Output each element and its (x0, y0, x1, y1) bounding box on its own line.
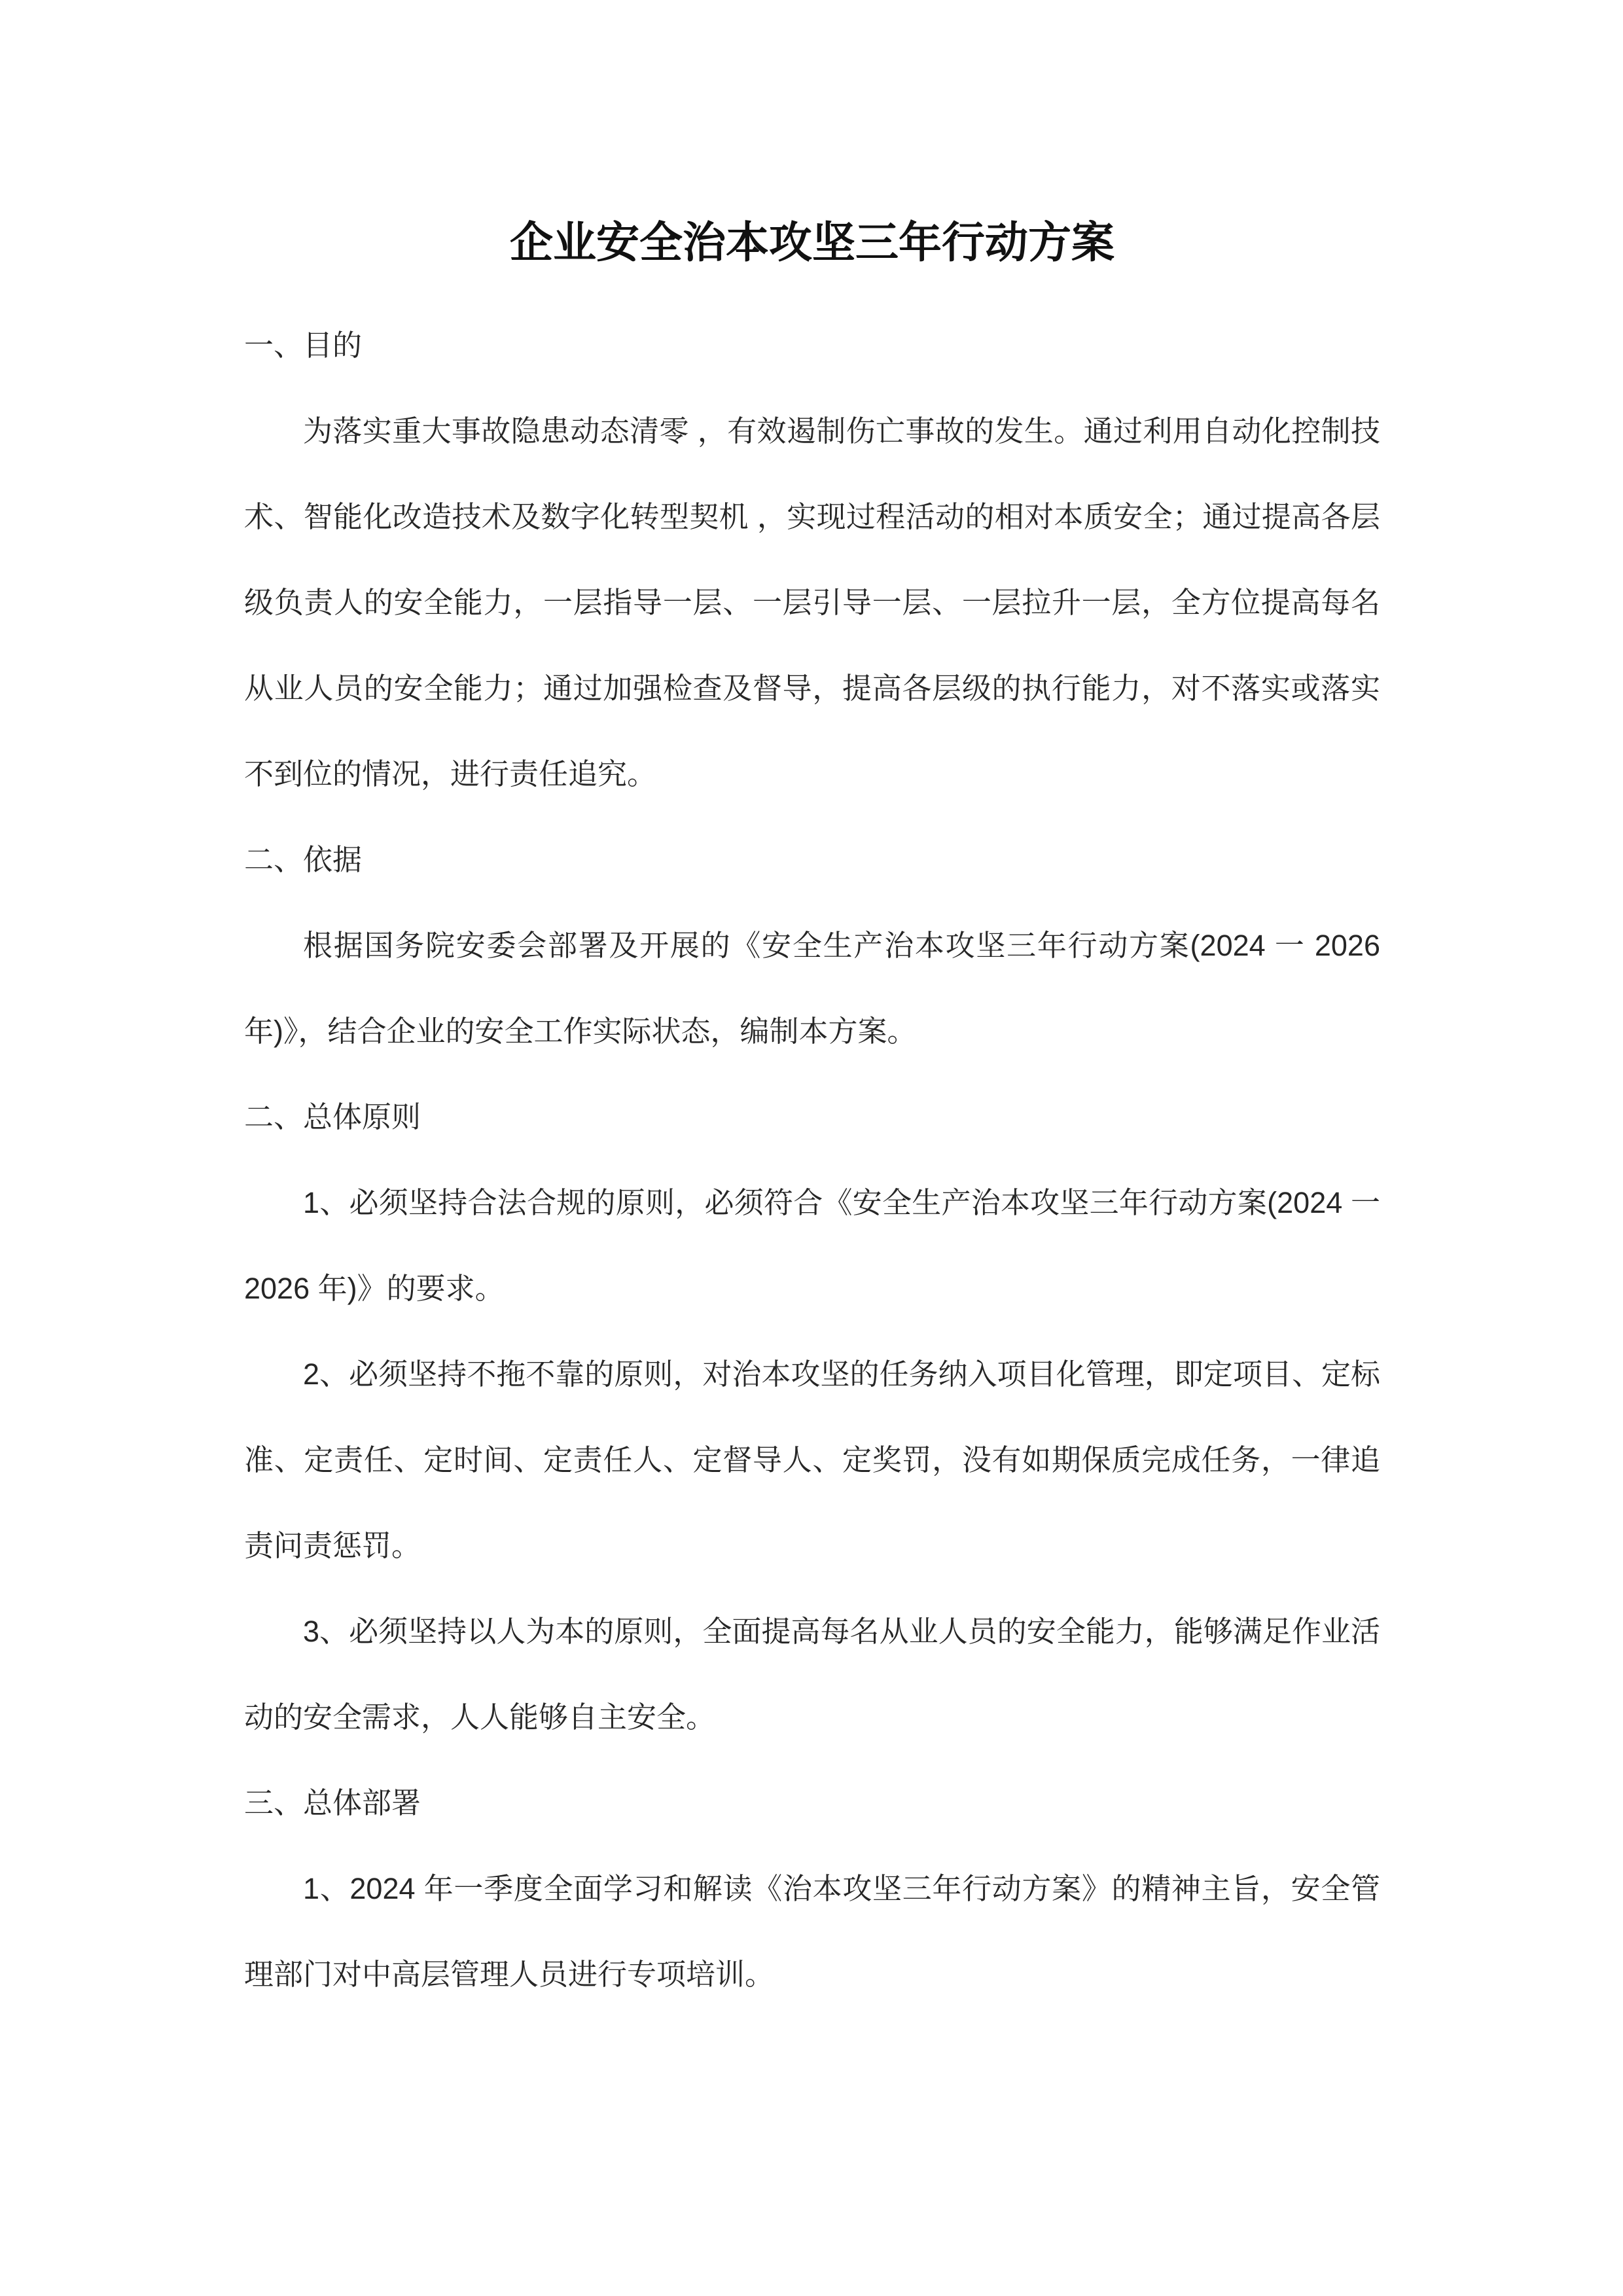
paragraph: 根据国务院安委会部署及开展的《安全生产治本攻坚三年行动方案(2024 一 202… (244, 903, 1380, 1074)
section-heading-basis: 二、依据 (244, 817, 1380, 903)
section-heading-purpose: 一、目的 (244, 302, 1380, 388)
section-heading-deployment: 三、总体部署 (244, 1760, 1380, 1846)
paragraph: 3、必须坚持以人为本的原则，全面提高每名从业人员的安全能力，能够满足作业活动的安… (244, 1588, 1380, 1760)
paragraph: 为落实重大事故隐患动态清零 ，有效遏制伤亡事故的发生。通过利用自动化控制技术、智… (244, 388, 1380, 817)
paragraph: 1、2024 年一季度全面学习和解读《治本攻坚三年行动方案》的精神主旨，安全管理… (244, 1846, 1380, 2017)
document-title: 企业安全治本攻坚三年行动方案 (244, 209, 1380, 275)
section-heading-principles: 二、总体原则 (244, 1074, 1380, 1160)
document-page: 企业安全治本攻坚三年行动方案 一、目的 为落实重大事故隐患动态清零 ，有效遏制伤… (0, 0, 1623, 2296)
paragraph: 2、必须坚持不拖不靠的原则，对治本攻坚的任务纳入项目化管理，即定项目、定标准、定… (244, 1331, 1380, 1588)
paragraph: 1、必须坚持合法合规的原则，必须符合《安全生产治本攻坚三年行动方案(2024 一… (244, 1160, 1380, 1331)
document-content: 企业安全治本攻坚三年行动方案 一、目的 为落实重大事故隐患动态清零 ，有效遏制伤… (244, 209, 1380, 2017)
